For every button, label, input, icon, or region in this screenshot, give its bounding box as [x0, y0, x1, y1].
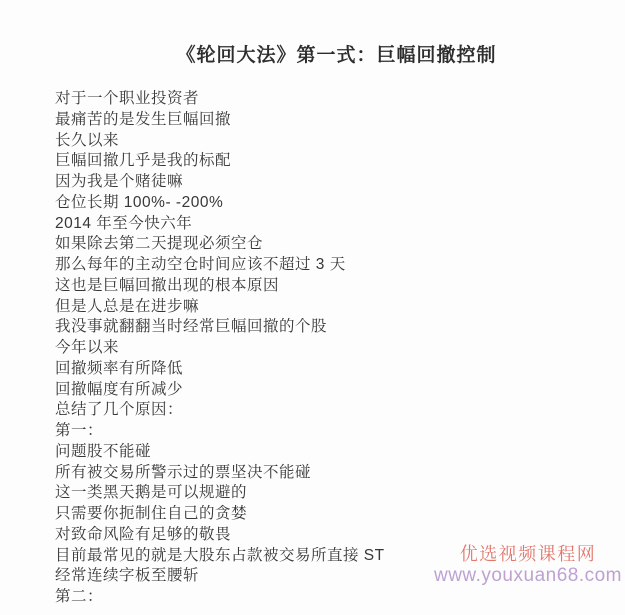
- text-line: 这一类黑天鹅是可以规避的: [55, 483, 615, 504]
- text-line: 2014 年至今快六年: [55, 214, 615, 235]
- text-line: 回撤幅度有所减少: [55, 380, 615, 401]
- watermark: 优选视频课程网 www.youxuan68.com: [432, 544, 624, 587]
- text-line: 问题股不能碰: [55, 442, 615, 463]
- text-line: 总结了几个原因：: [55, 400, 615, 421]
- document-page: 《轮回大法》第一式：巨幅回撤控制 对于一个职业投资者最痛苦的是发生巨幅回撤长久以…: [0, 0, 625, 615]
- body-text: 对于一个职业投资者最痛苦的是发生巨幅回撤长久以来巨幅回撤几乎是我的标配因为我是个…: [55, 89, 615, 608]
- text-line: 仓位长期 100%- -200%: [55, 193, 615, 214]
- text-line: 这也是巨幅回撤出现的根本原因: [55, 276, 615, 297]
- text-line: 回撤频率有所降低: [55, 359, 615, 380]
- text-line: 对致命风险有足够的敬畏: [55, 525, 615, 546]
- text-line: 那么每年的主动空仓时间应该不超过 3 天: [55, 255, 615, 276]
- text-line: 第二：: [55, 587, 615, 608]
- text-line: 长久以来: [55, 131, 615, 152]
- text-line: 只需要你扼制住自己的贪婪: [55, 504, 615, 525]
- watermark-url: www.youxuan68.com: [432, 565, 624, 587]
- text-line: 所有被交易所警示过的票坚决不能碰: [55, 463, 615, 484]
- text-line: 但是人总是在进步嘛: [55, 297, 615, 318]
- text-line: 对于一个职业投资者: [55, 89, 615, 110]
- text-line: 今年以来: [55, 338, 615, 359]
- text-line: 第一：: [55, 421, 615, 442]
- text-line: 如果除去第二天提现必须空仓: [55, 234, 615, 255]
- text-line: 我没事就翻翻当时经常巨幅回撤的个股: [55, 317, 615, 338]
- text-line: 最痛苦的是发生巨幅回撤: [55, 110, 615, 131]
- text-line: 巨幅回撤几乎是我的标配: [55, 151, 615, 172]
- text-line: 因为我是个赌徒嘛: [55, 172, 615, 193]
- page-title: 《轮回大法》第一式：巨幅回撤控制: [0, 40, 625, 67]
- watermark-site-name: 优选视频课程网: [432, 544, 624, 565]
